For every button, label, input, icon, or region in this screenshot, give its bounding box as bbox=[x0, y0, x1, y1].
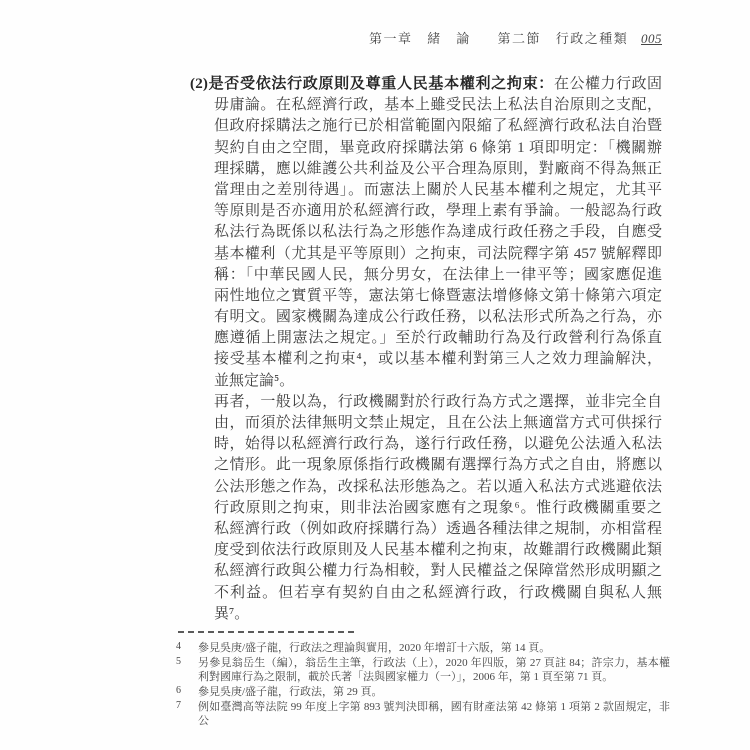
footnote-text: 另參見翁岳生（編），翁岳生主筆，行政法（上），2020 年四版，第 27 頁註 … bbox=[198, 656, 670, 685]
footnote-text: 例如臺灣高等法院 99 年度上字第 893 號判決即稱，國有財產法第 42 條第… bbox=[198, 700, 670, 729]
text-line: 私經濟行政與公權力行為相較，對人民權益之保障當然形成明顯之 bbox=[214, 561, 662, 582]
footnote-item: 7例如臺灣高等法院 99 年度上字第 893 號判決即稱，國有財產法第 42 條… bbox=[176, 700, 670, 729]
text-line: 行政原則之拘束，則非法治國家應有之現象⁶。惟行政機關重要之 bbox=[214, 498, 662, 519]
text-line: 基本權利（尤其是平等原則）之拘束，司法院釋字第 457 號解釋即 bbox=[214, 244, 662, 265]
footnotes-section: 4參見吳庚/盛子龍，行政法之理論與實用，2020 年增訂十六版，第 14 頁。5… bbox=[176, 641, 670, 729]
text-line: 異⁷。 bbox=[214, 604, 662, 625]
footnote-item: 4參見吳庚/盛子龍，行政法之理論與實用，2020 年增訂十六版，第 14 頁。 bbox=[176, 641, 670, 655]
lead-rest-text: 在公權力行政固 bbox=[554, 76, 662, 92]
footnote-item: 6參見吳庚/盛子龍，行政法，第 29 頁。 bbox=[176, 685, 670, 699]
text-line: 度受到依法行政原則及人民基本權利之拘束，故難謂行政機關此類 bbox=[214, 540, 662, 561]
text-line: 不利益。但若享有契約自由之私經濟行政，行政機關自與私人無 bbox=[214, 583, 662, 604]
paragraph-1: (2)是否受依法行政原則及尊重人民基本權利之拘束：在公權力行政固 毋庸論。在私經… bbox=[214, 74, 662, 392]
text-line: 毋庸論。在私經濟行政，基本上雖受民法上私法自治原則之支配， bbox=[214, 95, 662, 116]
section-label: 第二節 bbox=[497, 31, 541, 46]
text-line: 私法行為既係以私法行為之形態作為達成行政任務之手段，自應受 bbox=[214, 222, 662, 243]
text-line: 接受基本權利之拘束⁴，或以基本權利對第三人之效力理論解決， bbox=[214, 349, 662, 370]
text-line: 等原則是否亦適用於私經濟行政，學理上素有爭論。一般認為行政 bbox=[214, 201, 662, 222]
text-line: 兩性地位之實質平等，憲法第七條暨憲法增修條文第十條第六項定 bbox=[214, 286, 662, 307]
text-line: 但政府採購法之施行已於相當範圍內限縮了私經濟行政私法自治暨 bbox=[214, 116, 662, 137]
text-line: 稱：「中華民國人民，無分男女，在法律上一律平等；國家應促進 bbox=[214, 265, 662, 286]
footnote-text: 參見吳庚/盛子龍，行政法之理論與實用，2020 年增訂十六版，第 14 頁。 bbox=[198, 641, 670, 655]
text-line: 再者，一般以為，行政機關對於行政行為方式之選擇，並非完全自 bbox=[214, 392, 662, 413]
text-line: 應遵循上開憲法之規定。」至於行政輔助行為及行政營利行為係直 bbox=[214, 328, 662, 349]
text-line: 時，始得以私經濟行政行為，遂行行政任務，以避免公法遁入私法 bbox=[214, 434, 662, 455]
footnote-number: 4 bbox=[176, 640, 198, 654]
text-line: 契約自由之空間，畢竟政府採購法第 6 條第 1 項即明定：「機關辦 bbox=[214, 138, 662, 159]
footnote-separator bbox=[178, 631, 354, 633]
footnote-number: 5 bbox=[176, 655, 198, 684]
text-line: 之情形。此一現象原係指行政機關有選擇行為方式之自由，將應以 bbox=[214, 455, 662, 476]
text-line: 公法形態之作為，改採私法形態為之。若以遁入私法方式逃避依法 bbox=[214, 477, 662, 498]
text-line: 理採購，應以維護公共利益及公平合理為原則，對廠商不得為無正 bbox=[214, 159, 662, 180]
chapter-title: 緒 論 bbox=[427, 31, 471, 46]
text-line: 有明文。國家機關為達成公行政任務，以私法形式所為之行為，亦 bbox=[214, 307, 662, 328]
footnote-text: 參見吳庚/盛子龍，行政法，第 29 頁。 bbox=[198, 685, 670, 699]
footnote-item: 5另參見翁岳生（編），翁岳生主筆，行政法（上），2020 年四版，第 27 頁註… bbox=[176, 656, 670, 685]
list-item-heading: (2)是否受依法行政原則及尊重人民基本權利之拘束： bbox=[190, 76, 554, 92]
footnote-number: 6 bbox=[176, 684, 198, 698]
book-page: 第一章 緒 論 第二節 行政之種類 005 (2)是否受依法行政原則及尊重人民基… bbox=[0, 0, 750, 750]
text-line: 並無定論⁵。 bbox=[214, 371, 662, 392]
page-number: 005 bbox=[641, 31, 662, 46]
footnote-number: 7 bbox=[176, 699, 198, 728]
paragraph-2: 再者，一般以為，行政機關對於行政行為方式之選擇，並非完全自由，而須於法律無明文禁… bbox=[214, 392, 662, 625]
paragraph-1-lead-line: (2)是否受依法行政原則及尊重人民基本權利之拘束：在公權力行政固 bbox=[190, 74, 662, 95]
section-title: 行政之種類 bbox=[556, 31, 629, 46]
text-line: 當理由之差別待遇」。而憲法上關於人民基本權利之規定，尤其平 bbox=[214, 180, 662, 201]
page-header: 第一章 緒 論 第二節 行政之種類 005 bbox=[369, 28, 662, 47]
chapter-label: 第一章 bbox=[369, 31, 413, 46]
text-line: 由，而須於法律無明文禁止規定，且在公法上無適當方式可供採行 bbox=[214, 413, 662, 434]
text-line: 私經濟行政（例如政府採購行為）透過各種法律之規制，亦相當程 bbox=[214, 519, 662, 540]
body-text: (2)是否受依法行政原則及尊重人民基本權利之拘束：在公權力行政固 毋庸論。在私經… bbox=[214, 74, 662, 625]
